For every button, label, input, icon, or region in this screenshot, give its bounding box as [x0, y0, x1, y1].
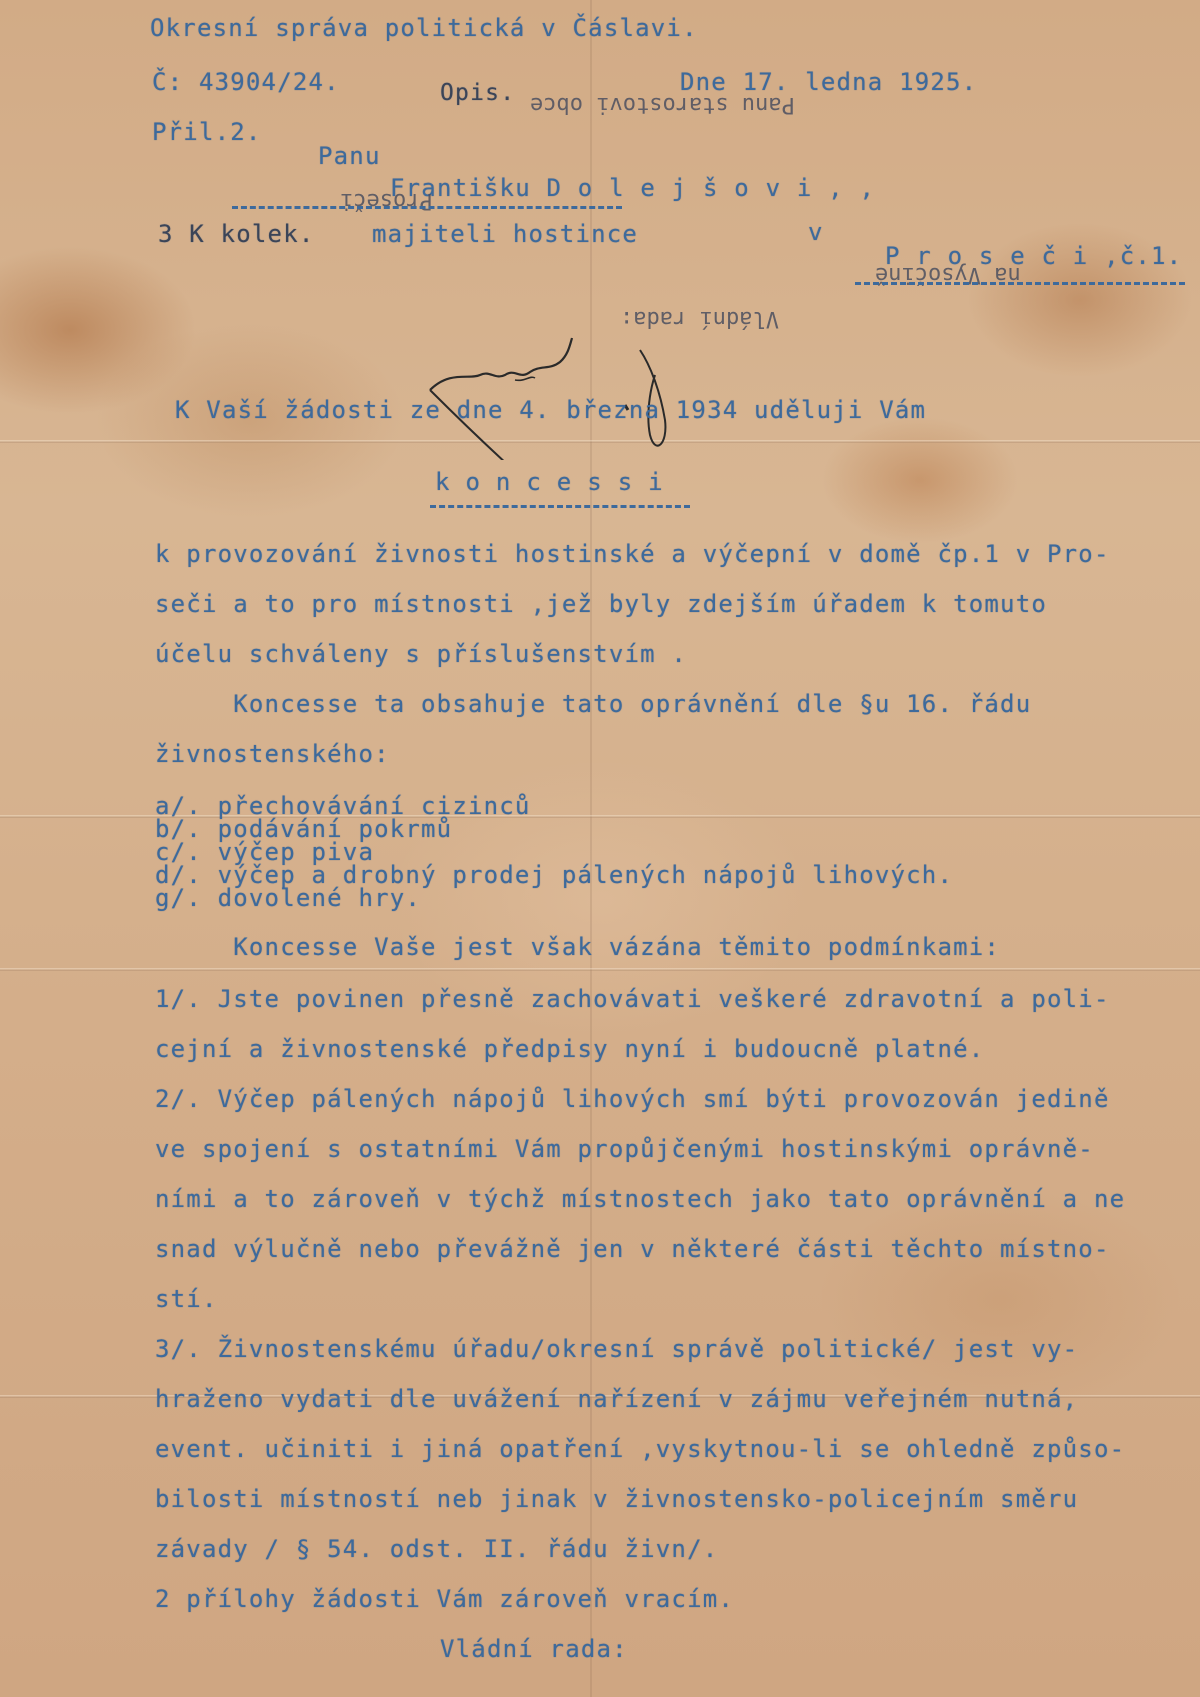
closing-sentence: 2 přílohy žádosti Vám zároveň vracím.: [155, 1585, 734, 1613]
text-line: snad výlučně nebo převážně jen v některé…: [155, 1235, 1110, 1263]
text-line: k provozování živnosti hostinské a výčep…: [155, 540, 1110, 568]
salutation: Panu: [318, 142, 381, 170]
text-line: ve spojení s ostatními Vám propůjčenými …: [155, 1135, 1094, 1163]
text-line: závady / § 54. odst. II. řádu živn/.: [155, 1535, 718, 1563]
text-line: cejní a živnostenské předpisy nyní i bud…: [155, 1035, 984, 1063]
underline: [232, 206, 622, 209]
mirrored-stamp: Proseči: [340, 188, 433, 213]
text-line: 1/. Jste povinen přesně zachovávati vešk…: [155, 985, 1110, 1013]
text-line: bilosti místností neb jinak v živnostens…: [155, 1485, 1078, 1513]
list-item: g/. dovolené hry.: [155, 884, 421, 912]
signature-label: Vládní rada:: [440, 1635, 628, 1663]
document-title: koncessi: [435, 468, 679, 496]
text-line: 3/. Živnostenskému úřadu/okresní správě …: [155, 1335, 1078, 1363]
conditions-intro: Koncesse Vaše jest však vázána těmito po…: [155, 933, 1000, 961]
text-line: ními a to zároveň v týchž místnostech ja…: [155, 1185, 1125, 1213]
text-line: účelu schváleny s příslušenstvím .: [155, 640, 687, 668]
stamp-fee: 3 K kolek.: [158, 220, 315, 248]
addressee-name: Františku D o l e j š o v i , ,: [390, 174, 875, 202]
text-line: hraženo vydati dle uvážení nařízení v zá…: [155, 1385, 1078, 1413]
handwritten-signature: [410, 320, 730, 460]
intro-sentence: K Vaší žádosti ze dne 4. března 1934 udě…: [175, 396, 926, 424]
attachments-note: Přil.2.: [152, 118, 262, 146]
text-line: stí.: [155, 1285, 218, 1313]
preposition: v: [808, 218, 824, 246]
addressee-role: majiteli hostince: [372, 220, 638, 248]
title-underline: [430, 505, 690, 508]
reference-number: Č: 43904/24.: [152, 68, 340, 96]
underline: [855, 282, 1185, 285]
text-line: event. učiniti i jiná opatření ,vyskytno…: [155, 1435, 1125, 1463]
text-line: živnostenského:: [155, 740, 390, 768]
document-page: Okresní správa politická v Čáslavi. Č: 4…: [0, 0, 1200, 1697]
issuing-office: Okresní správa politická v Čáslavi.: [150, 14, 698, 42]
text-line: seči a to pro místnosti ,jež byly zdejší…: [155, 590, 1047, 618]
crease: [0, 968, 1200, 971]
text-line: 2/. Výčep pálených nápojů lihových smí b…: [155, 1085, 1110, 1113]
copy-mark: Opis.: [440, 80, 515, 106]
mirrored-stamp: Panu starostovi obce: [530, 92, 795, 117]
text-line: Koncesse ta obsahuje tato oprávnění dle …: [155, 690, 1031, 718]
